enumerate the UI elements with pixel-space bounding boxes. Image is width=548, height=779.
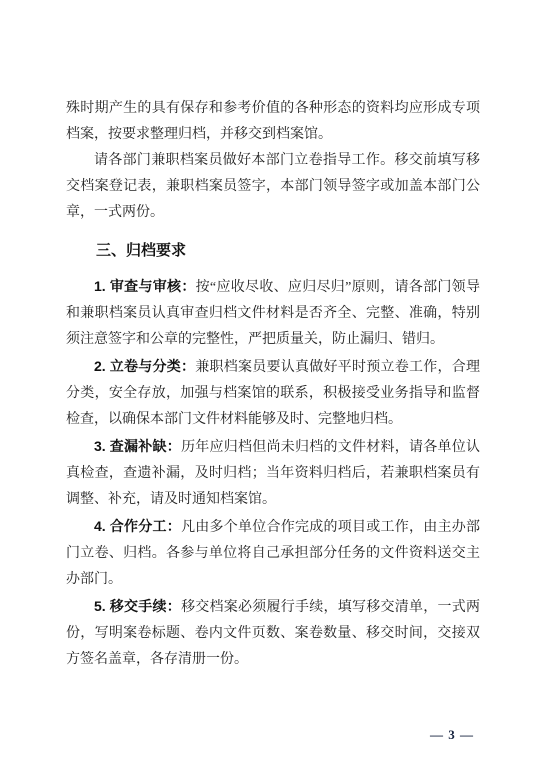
- numbered-item-4: 4. 合作分工：凡由多个单位合作完成的项目或工作，由主办部门立卷、归档。各参与单…: [66, 513, 480, 593]
- numbered-item-5-label: 5. 移交手续：: [94, 598, 181, 614]
- numbered-item-1: 1. 审查与审核：按“应收尽收、应归尽归”原则，请各部门领导和兼职档案员认真审查…: [66, 273, 480, 353]
- page-number: — 3 —: [430, 726, 474, 744]
- numbered-item-3-label: 3. 查漏补缺：: [94, 438, 181, 454]
- intro-paragraph: 请各部门兼职档案员做好本部门立卷指导工作。移交前填写移交档案登记表，兼职档案员签…: [66, 148, 480, 226]
- document-page: 殊时期产生的具有保存和参考价值的各种形态的资料均应形成专项档案，按要求整理归档，…: [0, 0, 548, 779]
- numbered-item-1-label: 1. 审查与审核：: [94, 278, 196, 294]
- numbered-item-2-label: 2. 立卷与分类：: [94, 358, 195, 374]
- numbered-item-2: 2. 立卷与分类：兼职档案员要认真做好平时预立卷工作，合理分类，安全存放，加强与…: [66, 353, 480, 433]
- intro-paragraph-continued: 殊时期产生的具有保存和参考价值的各种形态的资料均应形成专项档案，按要求整理归档，…: [66, 96, 480, 148]
- numbered-item-5: 5. 移交手续：移交档案必须履行手续，填写移交清单，一式两份，写明案卷标题、卷内…: [66, 593, 480, 673]
- section-heading: 三、归档要求: [66, 238, 480, 264]
- numbered-item-4-label: 4. 合作分工：: [94, 518, 181, 534]
- document-content: 殊时期产生的具有保存和参考价值的各种形态的资料均应形成专项档案，按要求整理归档，…: [66, 96, 480, 673]
- numbered-item-3: 3. 查漏补缺：历年应归档但尚未归档的文件材料，请各单位认真检查，查遗补漏，及时…: [66, 433, 480, 513]
